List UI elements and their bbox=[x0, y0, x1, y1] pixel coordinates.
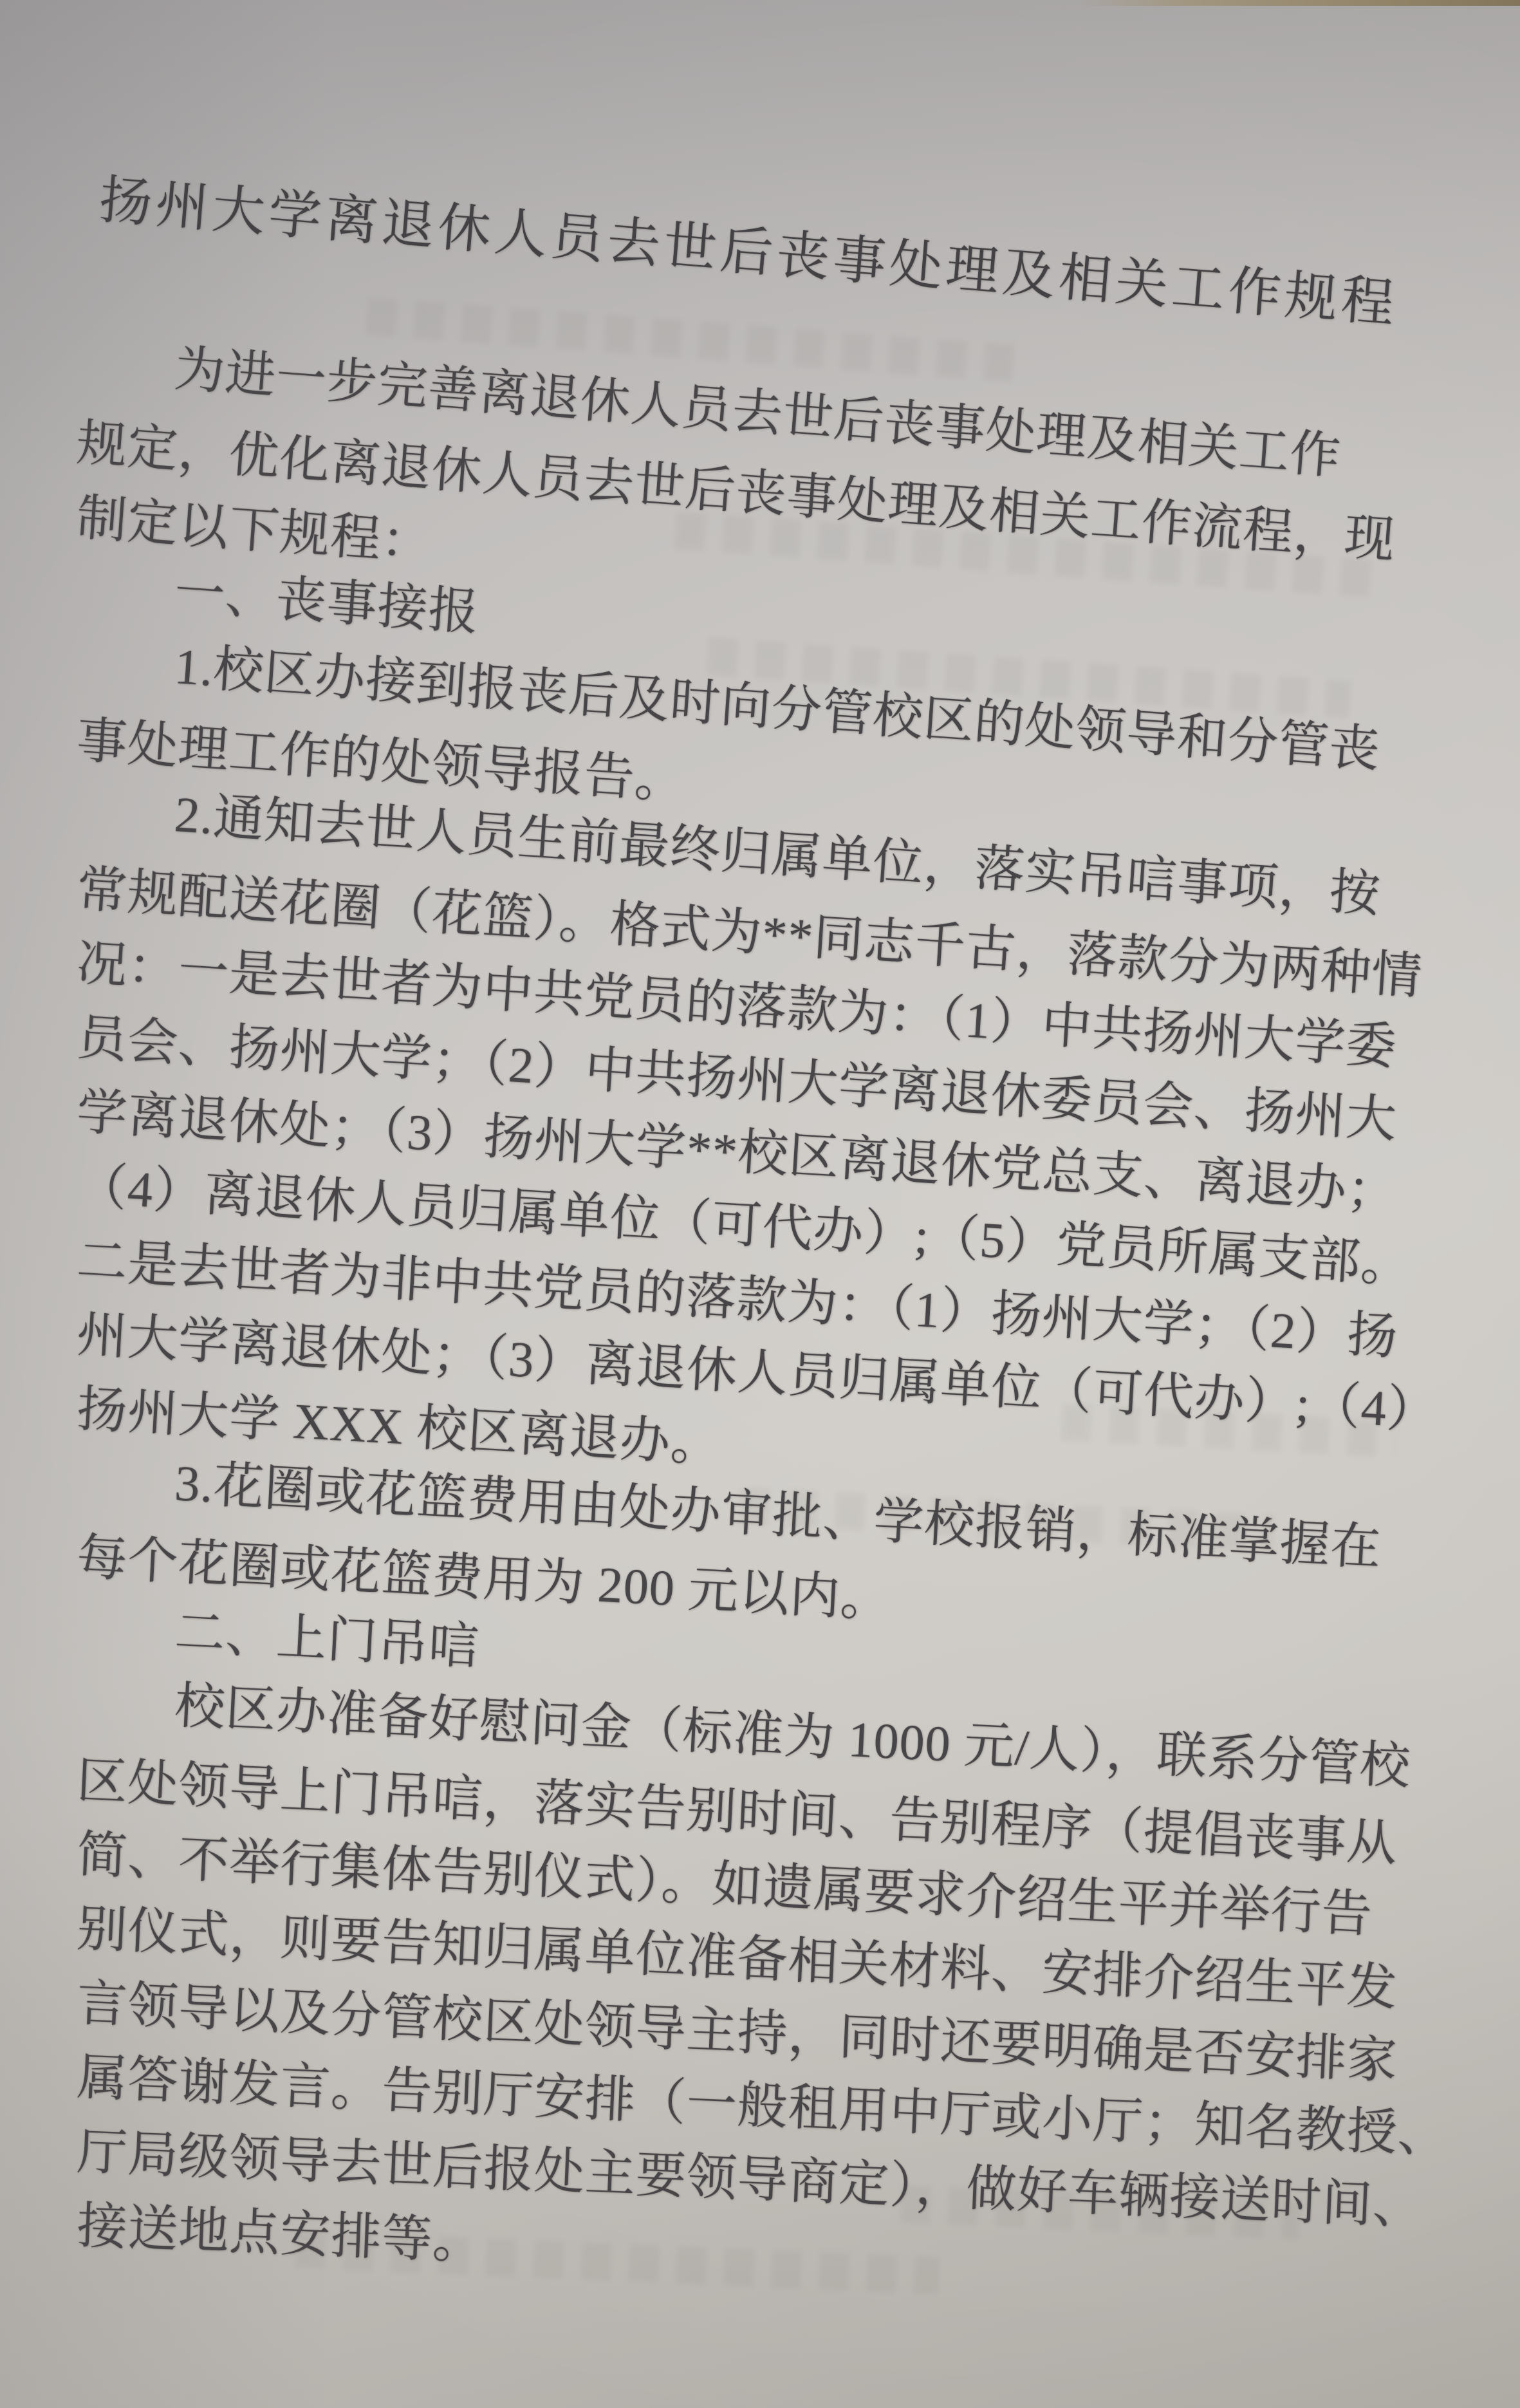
document-title-line: 扬州大学离退休人员去世后丧事处理及相关工作规程 bbox=[97, 158, 1401, 337]
text-line: 接送地点安排等。 bbox=[76, 2185, 485, 2273]
document-text-block: 扬州大学离退休人员去世后丧事处理及相关工作规程为进一步完善离退休人员去世后丧事处… bbox=[0, 0, 1520, 2408]
photographed-document-page: 扬州大学离退休人员去世后丧事处理及相关工作规程为进一步完善离退休人员去世后丧事处… bbox=[0, 0, 1520, 2408]
section-heading-line: 二、上门吊唁 bbox=[173, 1591, 481, 1679]
